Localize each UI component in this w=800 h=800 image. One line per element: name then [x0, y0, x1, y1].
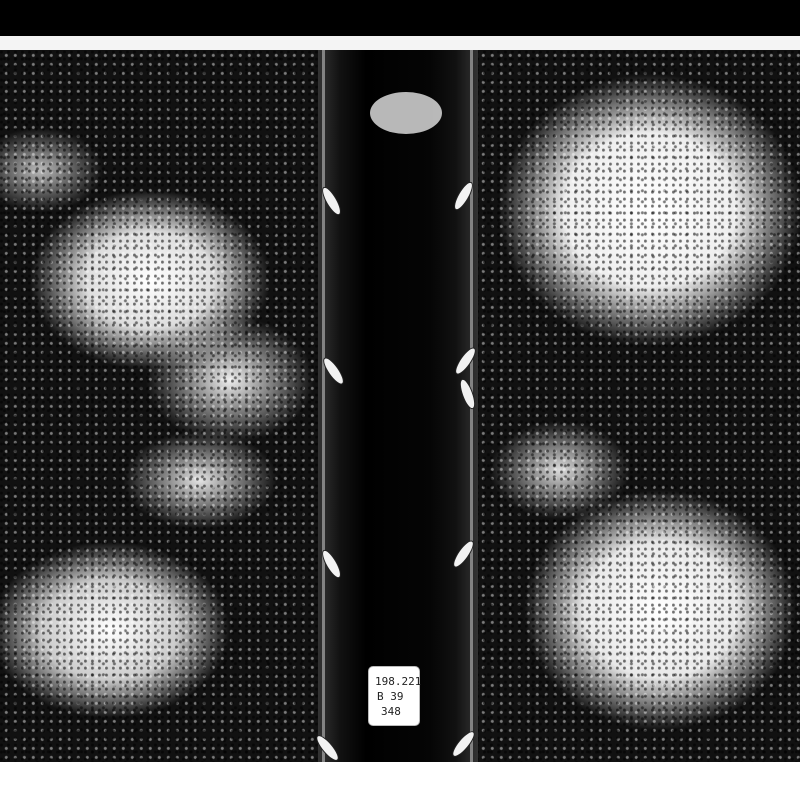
bottom-margin: [0, 762, 800, 800]
book-cover-scan: 198.221 B 39 348: [0, 0, 800, 800]
top-dark-band: [0, 0, 800, 36]
spine-left-edge: [322, 50, 325, 762]
call-number-item: 348: [381, 705, 401, 718]
call-number-cutter: B 39: [377, 690, 404, 703]
library-call-number-label: 198.221 B 39 348: [368, 666, 420, 726]
book-spine: [318, 50, 478, 762]
spine-top-ornament: [370, 92, 442, 134]
call-number-class: 198.221: [375, 675, 421, 688]
top-edge-strip: [0, 36, 800, 50]
